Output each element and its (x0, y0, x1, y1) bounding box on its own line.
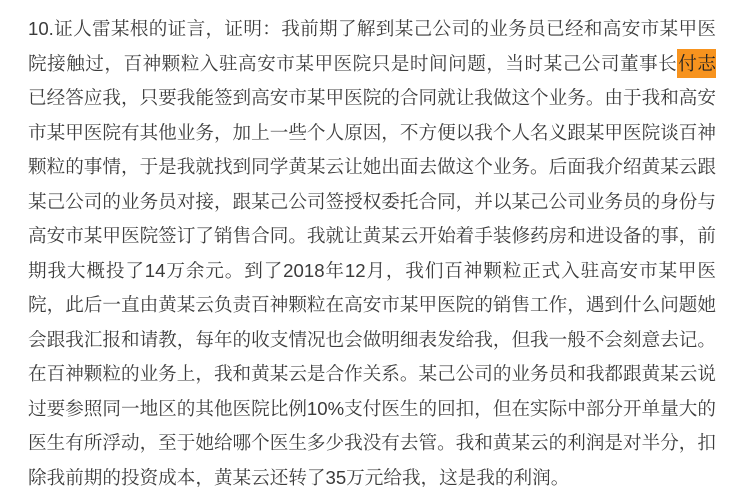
testimony-paragraph: 10.证人雷某根的证言，证明：我前期了解到某己公司的业务员已经和高安市某甲医院接… (28, 12, 716, 487)
text-line: 在百神颗粒的业务上，我和黄某云是合作关系。某己公司的业务员和我都跟黄某云说 (28, 357, 716, 392)
document-page: 10.证人雷某根的证言，证明：我前期了解到某己公司的业务员已经和高安市某甲医院接… (0, 0, 743, 487)
text-line: 颗粒的事情，于是我就找到同学黄某云让她出面去做这个业务。后面我介绍黄某云跟 (28, 150, 716, 185)
text-segment: 期我大概投了14万余元。到了2018年12月，我们百神颗粒正式入驻高安市某甲医 (28, 260, 716, 281)
text-line: 10.证人雷某根的证言，证明：我前期了解到某己公司的业务员已经和高安市某甲医 (28, 12, 716, 47)
text-line: 院接触过，百神颗粒入驻高安市某甲医院只是时间问题，当时某己公司董事长付志高 (28, 47, 716, 82)
text-segment: 除我前期的投资成本，黄某云还转了35万元给我，这是我的利润。 (28, 467, 569, 487)
text-line: 会跟我汇报和请教，每年的收支情况也会做明细表发给我，但我一般不会刻意去记。 (28, 323, 716, 358)
text-segment: 10.证人雷某根的证言，证明：我前期了解到某己公司的业务员已经和高安市某甲医 (28, 18, 716, 39)
text-segment: 医生有所浮动，至于她给哪个医生多少我没有去管。我和黄某云的利润是对半分，扣 (28, 432, 716, 453)
text-line: 某己公司的业务员对接，跟某己公司签授权委托合同，并以某己公司业务员的身份与 (28, 185, 716, 220)
text-segment: 颗粒的事情，于是我就找到同学黄某云让她出面去做这个业务。后面我介绍黄某云跟 (28, 156, 716, 177)
text-segment: 在百神颗粒的业务上，我和黄某云是合作关系。某己公司的业务员和我都跟黄某云说 (28, 363, 716, 384)
text-line: 除我前期的投资成本，黄某云还转了35万元给我，这是我的利润。 (28, 461, 716, 487)
text-segment: 院接触过，百神颗粒入驻高安市某甲医院只是时间问题，当时某己公司董事长 (28, 53, 677, 74)
text-segment: 某己公司的业务员对接，跟某己公司签授权委托合同，并以某己公司业务员的身份与 (28, 191, 716, 212)
text-segment: 高安市某甲医院签订了销售合同。我就让黄某云开始着手装修药房和进设备的事，前 (28, 225, 716, 246)
text-line: 高安市某甲医院签订了销售合同。我就让黄某云开始着手装修药房和进设备的事，前 (28, 219, 716, 254)
text-line: 期我大概投了14万余元。到了2018年12月，我们百神颗粒正式入驻高安市某甲医 (28, 254, 716, 289)
text-line: 院，此后一直由黄某云负责百神颗粒在高安市某甲医院的销售工作，遇到什么问题她 (28, 288, 716, 323)
text-segment: 已经答应我，只要我能签到高安市某甲医院的合同就让我做这个业务。由于我和高安 (28, 87, 716, 108)
text-segment: 过要参照同一地区的其他医院比例10%支付医生的回扣，但在实际中部分开单量大的 (28, 398, 716, 419)
text-segment: 会跟我汇报和请教，每年的收支情况也会做明细表发给我，但我一般不会刻意去记。 (28, 329, 716, 350)
text-line: 已经答应我，只要我能签到高安市某甲医院的合同就让我做这个业务。由于我和高安 (28, 81, 716, 116)
text-segment: 市某甲医院有其他业务，加上一些个人原因，不方便以我个人名义跟某甲医院谈百神 (28, 122, 716, 143)
text-line: 医生有所浮动，至于她给哪个医生多少我没有去管。我和黄某云的利润是对半分，扣 (28, 426, 716, 461)
text-line: 过要参照同一地区的其他医院比例10%支付医生的回扣，但在实际中部分开单量大的 (28, 392, 716, 427)
text-line: 市某甲医院有其他业务，加上一些个人原因，不方便以我个人名义跟某甲医院谈百神 (28, 116, 716, 151)
text-segment: 院，此后一直由黄某云负责百神颗粒在高安市某甲医院的销售工作，遇到什么问题她 (28, 294, 716, 315)
